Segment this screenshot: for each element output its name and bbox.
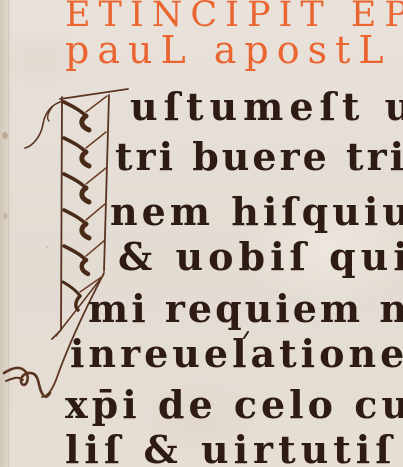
text-line-7: xp̄i de celo cu — [65, 386, 403, 424]
manuscript-page: ETINCIPIT EP pauL apostL — [0, 0, 403, 467]
text-line-2: tri buere tri — [115, 138, 403, 176]
text-line-4: & uobiſ qui — [118, 238, 403, 276]
text-line-6: inreuelatione — [70, 335, 403, 373]
text-line-5: mi requiem n — [88, 290, 403, 328]
text-line-3: nem hiſquiu — [110, 193, 403, 231]
text-line-1: uſtumeſt u — [130, 88, 403, 126]
text-line-8: liſ & uirtutiſ — [65, 431, 397, 467]
